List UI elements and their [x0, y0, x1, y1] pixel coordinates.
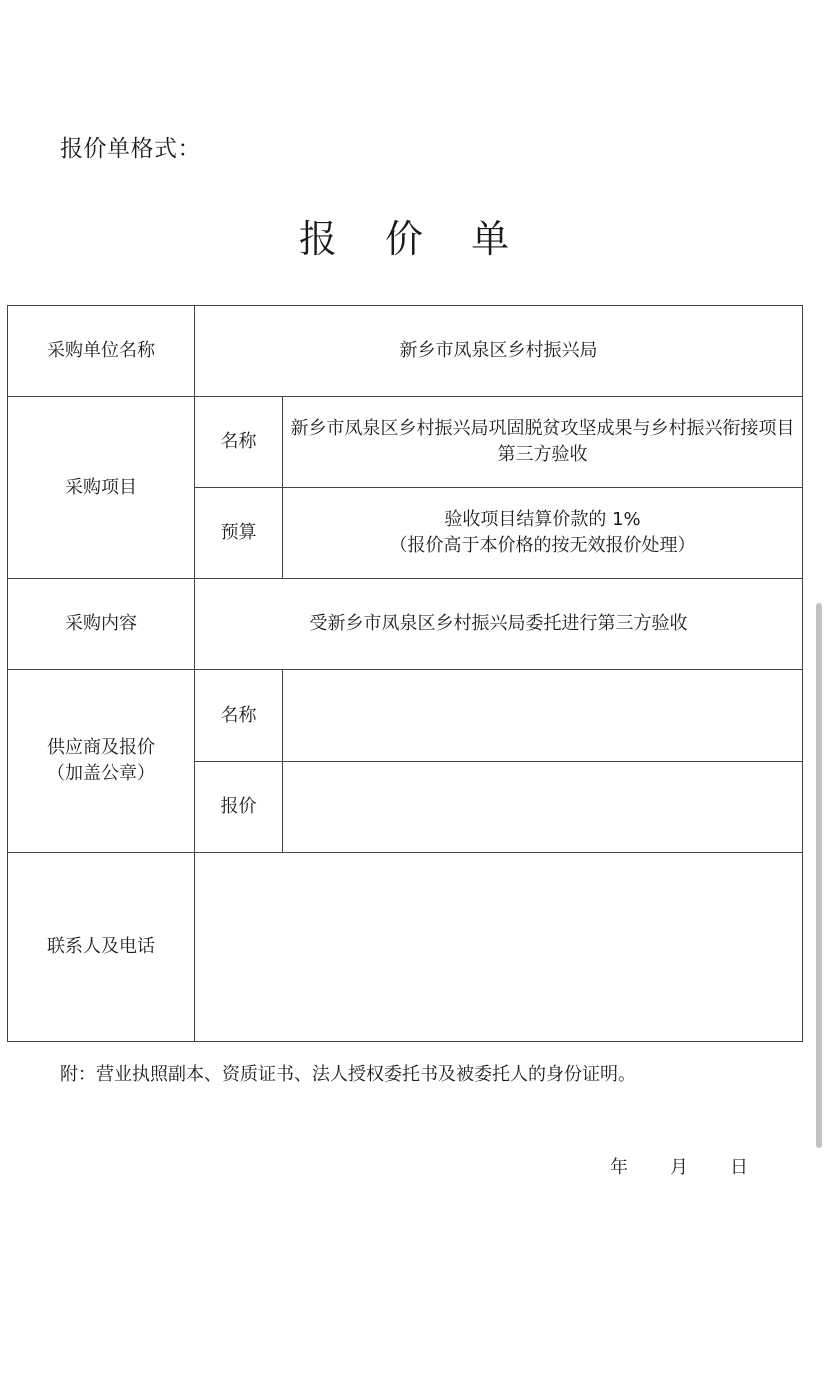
project-budget-value: 验收项目结算价款的 1% （报价高于本价格的按无效报价处理）	[283, 488, 803, 579]
content-value: 受新乡市凤泉区乡村振兴局委托进行第三方验收	[195, 579, 803, 670]
content-label: 采购内容	[8, 579, 195, 670]
supplier-quote-label: 报价	[195, 762, 283, 853]
project-name-label: 名称	[195, 397, 283, 488]
supplier-label: 供应商及报价 （加盖公章）	[8, 670, 195, 853]
attachment-note: 附：营业执照副本、资质证书、法人授权委托书及被委托人的身份证明。	[60, 1060, 636, 1086]
budget-line-2: （报价高于本价格的按无效报价处理）	[289, 533, 796, 559]
budget-line-1: 验收项目结算价款的 1%	[289, 507, 796, 533]
purchaser-value: 新乡市凤泉区乡村振兴局	[195, 306, 803, 397]
document-title: 报 价 单	[0, 208, 808, 263]
row-purchaser: 采购单位名称 新乡市凤泉区乡村振兴局	[8, 306, 803, 397]
format-label: 报价单格式：	[60, 130, 201, 163]
supplier-quote-field[interactable]	[283, 762, 803, 853]
quotation-table: 采购单位名称 新乡市凤泉区乡村振兴局 采购项目 名称 新乡市凤泉区乡村振兴局巩固…	[7, 305, 803, 1042]
date-line: 年 月 日	[610, 1153, 748, 1179]
purchaser-label: 采购单位名称	[8, 306, 195, 397]
project-label: 采购项目	[8, 397, 195, 579]
vertical-scrollbar[interactable]	[816, 603, 822, 1148]
date-day: 日	[730, 1153, 748, 1179]
date-year: 年	[610, 1153, 628, 1179]
supplier-label-line-1: 供应商及报价	[14, 735, 188, 761]
supplier-name-label: 名称	[195, 670, 283, 762]
date-month: 月	[670, 1153, 688, 1179]
supplier-label-line-2: （加盖公章）	[14, 761, 188, 787]
row-contact: 联系人及电话	[8, 853, 803, 1042]
project-budget-label: 预算	[195, 488, 283, 579]
row-content: 采购内容 受新乡市凤泉区乡村振兴局委托进行第三方验收	[8, 579, 803, 670]
contact-label: 联系人及电话	[8, 853, 195, 1042]
supplier-name-field[interactable]	[283, 670, 803, 762]
contact-field[interactable]	[195, 853, 803, 1042]
row-project-name: 采购项目 名称 新乡市凤泉区乡村振兴局巩固脱贫攻坚成果与乡村振兴衔接项目第三方验…	[8, 397, 803, 488]
project-name-value: 新乡市凤泉区乡村振兴局巩固脱贫攻坚成果与乡村振兴衔接项目第三方验收	[283, 397, 803, 488]
row-supplier-name: 供应商及报价 （加盖公章） 名称	[8, 670, 803, 762]
